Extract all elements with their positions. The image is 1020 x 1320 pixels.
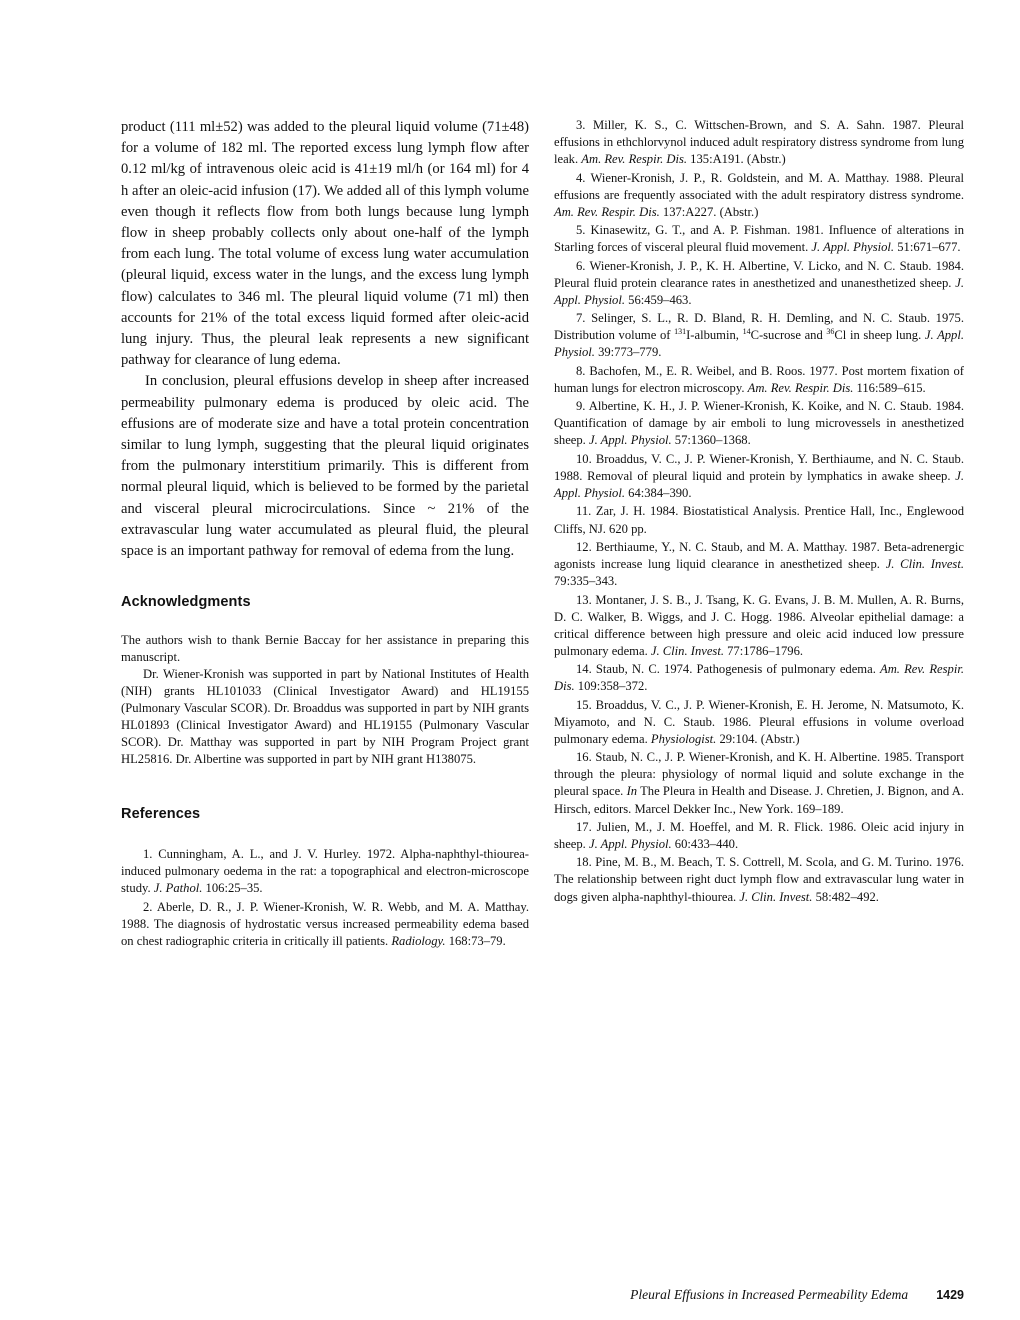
conclusion-paragraph: In conclusion, pleural effusions develop… [121, 371, 529, 562]
reference-item: 1. Cunningham, A. L., and J. V. Hurley. … [121, 846, 529, 897]
reference-item: 2. Aberle, D. R., J. P. Wiener-Kronish, … [121, 899, 529, 950]
reference-item: 9. Albertine, K. H., J. P. Wiener-Kronis… [554, 398, 964, 449]
references-heading: References [121, 806, 529, 822]
reference-item: 12. Berthiaume, Y., N. C. Staub, and M. … [554, 539, 964, 590]
reference-item: 15. Broaddus, V. C., J. P. Wiener-Kronis… [554, 697, 964, 748]
acknowledgments-paragraph-1: The authors wish to thank Bernie Baccay … [121, 632, 529, 666]
reference-item: 18. Pine, M. B., M. Beach, T. S. Cottrel… [554, 854, 964, 905]
page-footer: Pleural Effusions in Increased Permeabil… [600, 1287, 964, 1303]
reference-item: 10. Broaddus, V. C., J. P. Wiener-Kronis… [554, 451, 964, 502]
reference-item: 14. Staub, N. C. 1974. Pathogenesis of p… [554, 661, 964, 695]
reference-item-7: 7. Selinger, S. L., R. D. Bland, R. H. D… [554, 310, 964, 361]
left-column: product (111 ml±52) was added to the ple… [121, 117, 529, 950]
reference-item: 13. Montaner, J. S. B., J. Tsang, K. G. … [554, 592, 964, 660]
reference-item: 3. Miller, K. S., C. Wittschen-Brown, an… [554, 117, 964, 168]
reference-item: 5. Kinasewitz, G. T., and A. P. Fishman.… [554, 222, 964, 256]
right-column: 3. Miller, K. S., C. Wittschen-Brown, an… [554, 117, 964, 906]
acknowledgments-paragraph-2: Dr. Wiener-Kronish was supported in part… [121, 666, 529, 768]
page-number: 1429 [936, 1288, 964, 1302]
reference-item: 6. Wiener-Kronish, J. P., K. H. Albertin… [554, 258, 964, 309]
reference-item: 8. Bachofen, M., E. R. Weibel, and B. Ro… [554, 363, 964, 397]
reference-item: 17. Julien, M., J. M. Hoeffel, and M. R.… [554, 819, 964, 853]
reference-item: 4. Wiener-Kronish, J. P., R. Goldstein, … [554, 170, 964, 221]
running-title: Pleural Effusions in Increased Permeabil… [630, 1287, 908, 1303]
reference-item: 16. Staub, N. C., J. P. Wiener-Kronish, … [554, 749, 964, 817]
reference-item: 11. Zar, J. H. 1984. Biostatistical Anal… [554, 503, 964, 537]
references-list-left: 1. Cunningham, A. L., and J. V. Hurley. … [121, 846, 529, 950]
body-paragraph-continued: product (111 ml±52) was added to the ple… [121, 117, 529, 371]
acknowledgments-heading: Acknowledgments [121, 594, 529, 610]
